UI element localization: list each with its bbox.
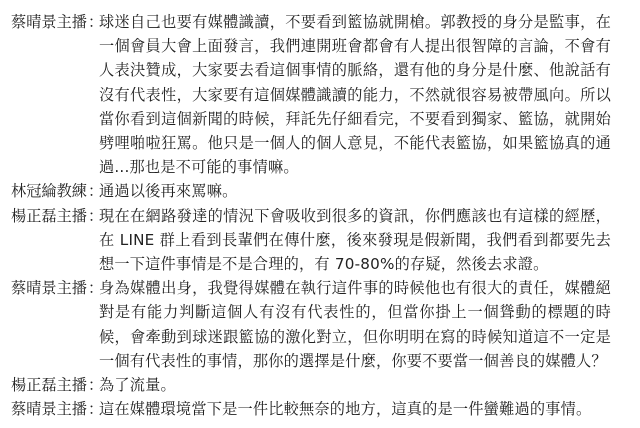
speech-text: 為了流量。 — [99, 373, 611, 397]
transcript-entry: 蔡晴景主播 ： 身為媒體出身，我覺得媒體在執行這件事的時候他也有很大的責任，媒體… — [11, 276, 611, 373]
colon: ： — [88, 204, 99, 277]
speech-text: 通過以後再來罵嘛。 — [99, 179, 611, 203]
colon: ： — [88, 10, 99, 179]
speech-text: 現在在網路發達的情況下會吸收到很多的資訊，你們應該也有這樣的經歷，在 LINE … — [99, 204, 611, 277]
colon: ： — [88, 276, 99, 373]
transcript-entry: 蔡晴景主播 ： 這在媒體環境當下是一件比較無奈的地方，這真的是一件蠻難過的事情。 — [11, 397, 611, 421]
speaker-name: 蔡晴景主播 — [11, 397, 88, 421]
transcript-entry: 蔡晴景主播 ： 球迷自己也要有媒體識讀，不要看到籃協就開槍。郭教授的身分是監事，… — [11, 10, 611, 179]
speech-text: 這在媒體環境當下是一件比較無奈的地方，這真的是一件蠻難過的事情。 — [99, 397, 611, 421]
transcript: 蔡晴景主播 ： 球迷自己也要有媒體識讀，不要看到籃協就開槍。郭教授的身分是監事，… — [11, 10, 611, 421]
transcript-entry: 林冠綸教練 ： 通過以後再來罵嘛。 — [11, 179, 611, 203]
transcript-entry: 楊正磊主播 ： 現在在網路發達的情況下會吸收到很多的資訊，你們應該也有這樣的經歷… — [11, 204, 611, 277]
speaker-name: 蔡晴景主播 — [11, 276, 88, 373]
speaker-name: 楊正磊主播 — [11, 373, 88, 397]
speaker-name: 蔡晴景主播 — [11, 10, 88, 179]
speaker-name: 楊正磊主播 — [11, 204, 88, 277]
colon: ： — [88, 179, 99, 203]
speech-text: 身為媒體出身，我覺得媒體在執行這件事的時候他也有很大的責任，媒體絕對是有能力判斷… — [99, 276, 611, 373]
colon: ： — [88, 397, 99, 421]
colon: ： — [88, 373, 99, 397]
speaker-name: 林冠綸教練 — [11, 179, 88, 203]
speech-text: 球迷自己也要有媒體識讀，不要看到籃協就開槍。郭教授的身分是監事，在一個會員大會上… — [99, 10, 611, 179]
transcript-entry: 楊正磊主播 ： 為了流量。 — [11, 373, 611, 397]
